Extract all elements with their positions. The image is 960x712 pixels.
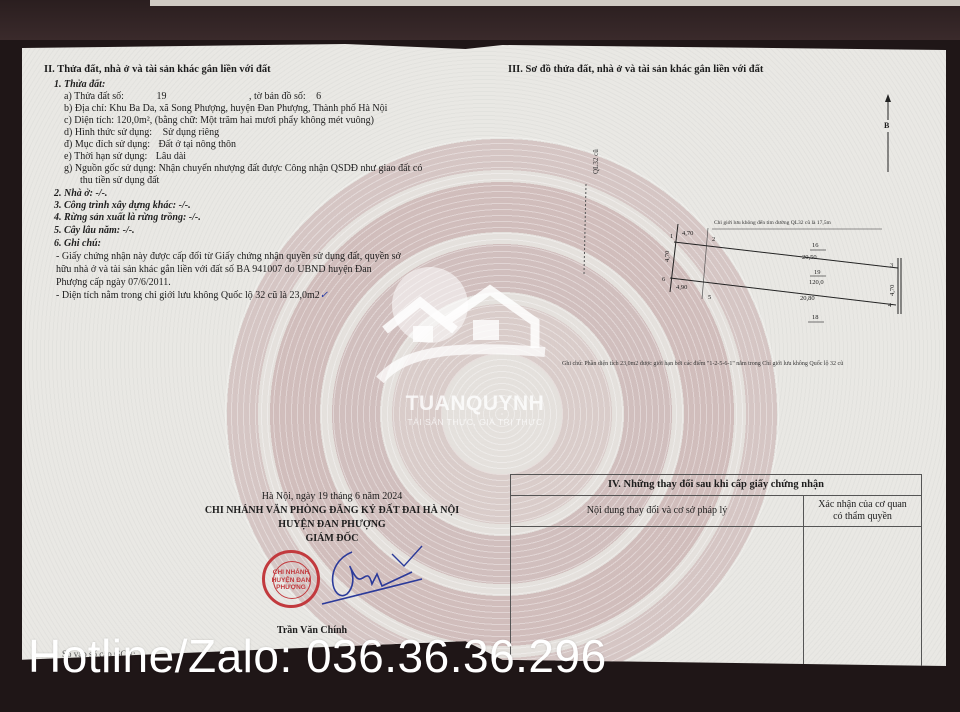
point-5: 5 [708,292,711,304]
neighbor-top: 16 [812,240,819,252]
purpose-label: đ) Mục đích sử dụng: [64,139,150,150]
use-form-value: Sử dụng riêng [155,127,220,138]
column-header-authority-confirmation: Xác nhận của cơ quan có thẩm quyền [804,496,921,526]
authority-confirmation-cell [804,527,921,666]
segment-bottom-length: 4,90 [676,282,687,294]
edge-bottom-length: 20,80 [800,293,815,305]
note-2: - Diện tích nằm trong chỉ giới lưu không… [56,290,328,302]
section-iii-title: III. Sơ đồ thửa đất, nhà ở và tài sản kh… [508,64,763,76]
notes-heading: 6. Ghi chú: [54,238,101,250]
background-surface [0,0,960,40]
term-row: e) Thời hạn sử dụng: Lâu dài [64,151,186,163]
authority-header-line-2: có thẩm quyền [804,511,921,523]
setback-note: Chỉ giới lưu không đến tim đường QL32 cũ… [714,220,831,227]
neighbor-bottom: 18 [812,312,819,324]
diagram-note: Ghi chú: Phần diện tích 23,0m2 được giới… [562,360,843,368]
segment-top-length: 4,70 [682,228,693,240]
purpose-value: Đất ở tại nông thôn [152,139,236,150]
note-2-text: - Diện tích nằm trong chỉ giới lưu không… [56,290,320,301]
parcel-address: b) Địa chỉ: Khu Ba Da, xã Song Phượng, h… [64,103,387,115]
north-arrow-icon [878,94,898,174]
authority-header-line-1: Xác nhận của cơ quan [804,499,921,511]
origin-line-2: thu tiền sử dụng đất [80,175,159,187]
edge-right-length: 4,70 [887,285,899,296]
road-centerline [582,184,590,274]
watermark-brand: TUANQUYNH [375,392,575,416]
watermark-tagline: TÀI SẢN THỰC, GIÁ TRỊ THỰC [375,417,575,427]
signature-block: Hà Nội, ngày 19 tháng 6 năm 2024 CHI NHÁ… [172,490,492,546]
purpose-row: đ) Mục đích sử dụng: Đất ở tại nông thôn [64,139,236,151]
issuing-org-line-1: CHI NHÁNH VĂN PHÒNG ĐĂNG KÝ ĐẤT ĐAI HÀ N… [172,504,492,518]
map-sheet-label: , tờ bản đồ số: [249,91,306,102]
edge-left-length: 4,70 [662,251,674,262]
perennial-item: 5. Cây lâu năm: -/-. [54,225,135,237]
origin-line-1: g) Nguồn gốc sử dụng: Nhận chuyển nhượng… [64,163,422,175]
map-sheet-number: 6 [308,91,321,102]
section-ii-title: II. Thửa đất, nhà ở và tài sản khác gắn … [44,64,271,76]
point-1: 1 [670,231,673,243]
tuanquynh-house-logo-icon [365,260,575,410]
use-form-label: d) Hình thức sử dụng: [64,127,152,138]
edge-top-length: 20,50 [802,252,817,264]
north-label: B [884,120,889,132]
forest-item: 4. Rừng sản xuất là rừng trồng: -/-. [54,212,201,224]
background-light [150,0,960,6]
column-header-change-content: Nội dung thay đổi và cơ sở pháp lý [511,496,804,526]
parcel-heading: 1. Thửa đất: [54,79,105,91]
hotline-overlay: Hotline/Zalo: 036.36.36.296 [28,628,607,684]
parcel-area: c) Diện tích: 120,0m², (bằng chữ: Một tr… [64,115,374,127]
parcel-number-label: a) Thửa đất số: [64,91,124,102]
point-6: 6 [662,274,665,286]
parcel-number: 19 [126,91,246,103]
changes-table-title: IV. Những thay đổi sau khi cấp giấy chứn… [511,475,921,496]
point-3: 3 [890,260,893,272]
point-4: 4 [888,300,891,312]
term-label: e) Thời hạn sử dụng: [64,151,147,162]
other-construction-item: 3. Công trình xây dựng khác: -/-. [54,200,191,212]
point-2: 2 [712,234,715,246]
parcel-sketch: Chỉ giới lưu không đến tim đường QL32 cũ… [650,214,910,324]
note-1-line-2: hữu nhà ở và tài sản khác gắn liền với đ… [56,264,372,276]
diagram-parcel-area: 120,0 [809,277,824,289]
use-form-row: d) Hình thức sử dụng: Sử dụng riêng [64,127,219,139]
house-item: 2. Nhà ở: -/-. [54,188,107,200]
note-1-line-3: Phượng cấp ngày 07/6/2011. [56,277,171,289]
term-value: Lâu dài [150,151,186,162]
issuing-org-line-2: HUYỆN ĐAN PHƯỢNG [172,518,492,532]
parcel-number-row: a) Thửa đất số: 19 , tờ bản đồ số: 6 [64,91,321,103]
check-mark-icon: ✓ [320,290,328,301]
signing-date: Hà Nội, ngày 19 tháng 6 năm 2024 [172,490,492,504]
changes-table-header: Nội dung thay đổi và cơ sở pháp lý Xác n… [511,496,921,527]
signature-scribble-icon [292,544,432,614]
note-1-line-1: - Giấy chứng nhận này được cấp đổi từ Gi… [56,251,401,263]
road-label: QL32 cũ [590,149,602,174]
